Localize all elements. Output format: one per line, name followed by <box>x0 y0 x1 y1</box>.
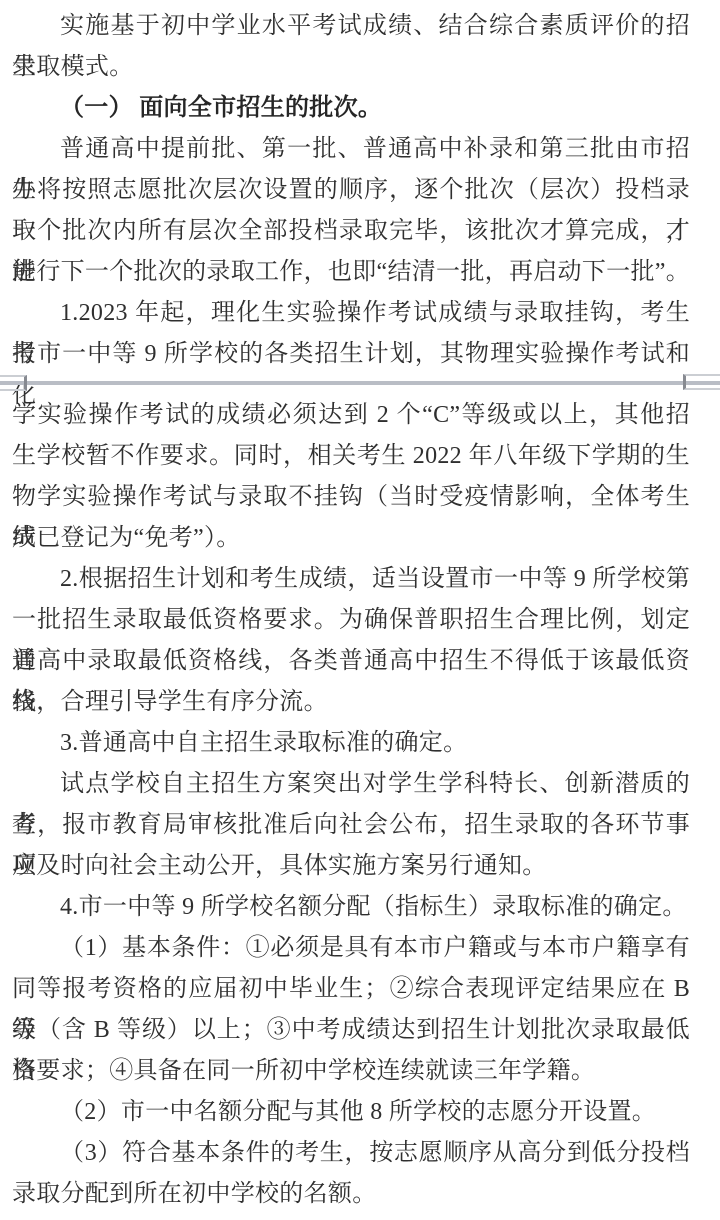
page-1-text-block: 实施基于初中学业水平考试成绩、结合综合素质评价的招生录取模式。（一） 面向全市招… <box>0 0 720 375</box>
section-heading: （一） 面向全市招生的批次。 <box>12 88 690 129</box>
text-line: 学实验操作考试的成绩必须达到 2 个“C”等级或以上，其他招 <box>12 395 690 436</box>
text-line: 物学实验操作考试与录取不挂钩（当时受疫情影响，全体考生成 <box>12 477 690 518</box>
page-corner-right-icon <box>683 374 720 390</box>
text-line: 通高中录取最低资格线，各类普通高中招生不得低于该最低资格 <box>12 641 690 682</box>
text-line: 录取分配到所在初中学校的名额。 <box>12 1174 690 1215</box>
text-line: 办将按照志愿批次层次设置的顺序，逐个批次（层次）投档录取， <box>12 170 690 211</box>
document-page-view[interactable]: 实施基于初中学业水平考试成绩、结合综合素质评价的招生录取模式。（一） 面向全市招… <box>0 0 720 1220</box>
text-line: 试点学校自主招生方案突出对学生学科特长、创新潜质的考 <box>12 764 690 805</box>
text-line: 绩已登记为“免考”）。 <box>12 518 690 559</box>
text-line: 4.市一中等 9 所学校名额分配（指标生）录取标准的确定。 <box>12 887 690 928</box>
text-line: 一个批次内所有层次全部投档录取完毕，该批次才算完成，才能 <box>12 211 690 252</box>
text-line: （2）市一中名额分配与其他 8 所学校的志愿分开设置。 <box>12 1092 690 1133</box>
text-line: 2.根据招生计划和考生成绩，适当设置市一中等 9 所学校第 <box>12 559 690 600</box>
text-line: 实施基于初中学业水平考试成绩、结合综合素质评价的招生 <box>12 6 690 47</box>
text-line: 查，报市教育局审核批准后向社会公布，招生录取的各环节事项 <box>12 805 690 846</box>
page-2-text-block: 学实验操作考试的成绩必须达到 2 个“C”等级或以上，其他招生学校暂不作要求。同… <box>0 395 720 1215</box>
text-line: 应及时向社会主动公开，具体实施方案另行通知。 <box>12 846 690 887</box>
text-line: 进行下一个批次的录取工作，也即“结清一批，再启动下一批”。 <box>12 252 690 293</box>
page-corner-left-icon <box>0 375 27 391</box>
text-line: 1.2023 年起，理化生实验操作考试成绩与录取挂钩，考生报 <box>12 293 690 334</box>
text-line: 一批招生录取最低资格要求。为确保普职招生合理比例，划定普 <box>12 600 690 641</box>
text-line: 生学校暂不作要求。同时，相关考生 2022 年八年级下学期的生 <box>12 436 690 477</box>
text-line: 级（含 B 等级）以上；③中考成绩达到招生计划批次录取最低资 <box>12 1010 690 1051</box>
text-line: 格要求；④具备在同一所初中学校连续就读三年学籍。 <box>12 1051 690 1092</box>
text-line: （3）符合基本条件的考生，按志愿顺序从高分到低分投档 <box>12 1133 690 1174</box>
text-line: 录取模式。 <box>12 47 690 88</box>
text-line: 线，合理引导学生有序分流。 <box>12 682 690 723</box>
page-break-divider <box>0 375 720 395</box>
text-line: 普通高中提前批、第一批、普通高中补录和第三批由市招生 <box>12 129 690 170</box>
text-line: （1）基本条件：①必须是具有本市户籍或与本市户籍享有 <box>12 928 690 969</box>
text-line: 考市一中等 9 所学校的各类招生计划，其物理实验操作考试和化 <box>12 334 690 375</box>
text-line: 3.普通高中自主招生录取标准的确定。 <box>12 723 690 764</box>
text-line: 同等报考资格的应届初中毕业生；②综合表现评定结果应在 B 等 <box>12 969 690 1010</box>
page-break-line <box>0 381 720 385</box>
